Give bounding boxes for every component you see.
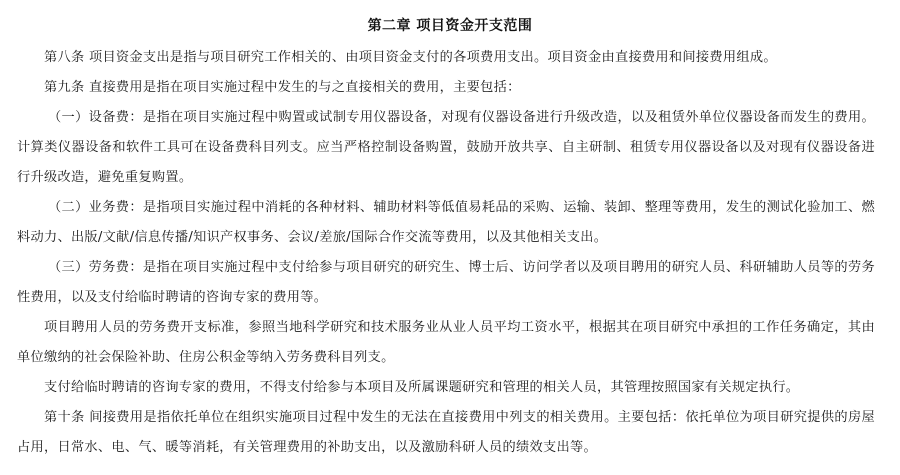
article-8-paragraph: 第八条 项目资金支出是指与项目研究工作相关的、由项目资金支付的各项费用支出。项目… [17,43,875,73]
business-fee-paragraph: （二）业务费：是指项目实施过程中消耗的各种材料、辅助材料等低值易耗品的采购、运输… [17,193,875,253]
article-10-paragraph: 第十条 间接费用是指依托单位在组织实施项目过程中发生的无法在直接费用中列支的相关… [17,403,875,463]
equipment-fee-paragraph: （一）设备费：是指在项目实施过程中购置或试制专用仪器设备，对现有仪器设备进行升级… [17,103,875,193]
article-9-paragraph: 第九条 直接费用是指在项目实施过程中发生的与之直接相关的费用，主要包括： [17,73,875,103]
consultant-fee-paragraph: 支付给临时聘请的咨询专家的费用，不得支付给参与本项目及所属课题研究和管理的相关人… [17,373,875,403]
document-page: 第二章 项目资金开支范围 第八条 项目资金支出是指与项目研究工作相关的、由项目资… [0,0,900,475]
chapter-title: 第二章 项目资金开支范围 [0,16,900,36]
labor-fee-paragraph: （三）劳务费：是指在项目实施过程中支付给参与项目研究的研究生、博士后、访问学者以… [17,253,875,313]
labor-standard-paragraph: 项目聘用人员的劳务费开支标准，参照当地科学研究和技术服务业从业人员平均工资水平，… [17,313,875,373]
